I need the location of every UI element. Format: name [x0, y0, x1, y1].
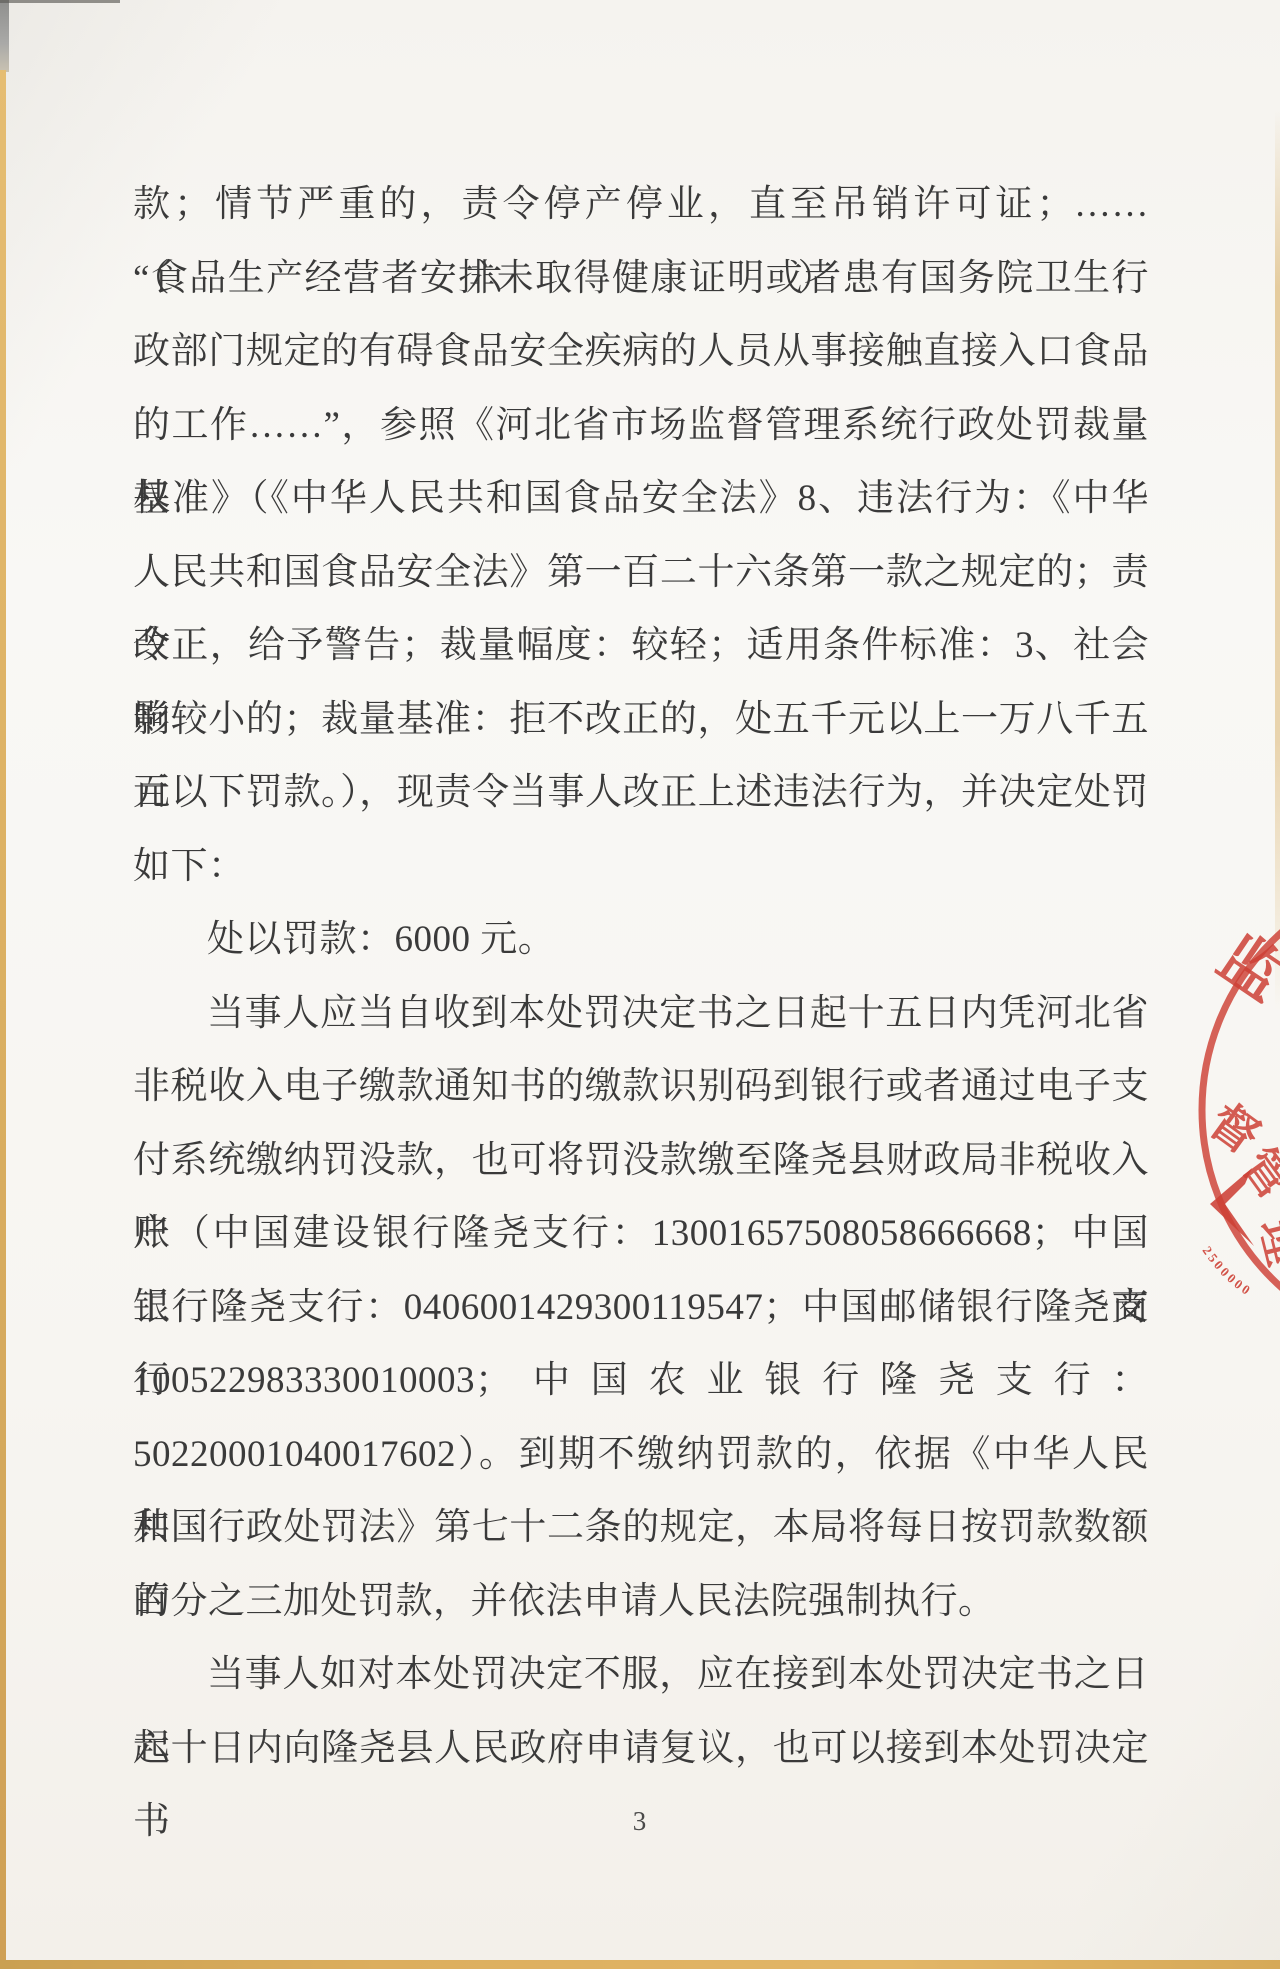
scan-edge-top-line: [0, 0, 120, 3]
text-line: 元以下罚款。），现责令当事人改正上述违法行为，并决定处罚: [133, 756, 1149, 830]
text-line: 付系统缴纳罚没款，也可将罚没款缴至隆尧县财政局非税收入账: [133, 1124, 1149, 1198]
text-line: 银行隆尧支行：0406001429300119547；中国邮储银行隆尧支行：: [133, 1271, 1149, 1345]
text-line: 当事人如对本处罚决定不服，应在接到本处罚决定书之日起: [133, 1638, 1149, 1712]
text-line: 户（中国建设银行隆尧支行：13001657508058666668；中国工商: [133, 1197, 1149, 1271]
page-number: 3: [0, 1806, 1280, 1837]
scan-edge-left: [0, 70, 6, 1969]
text-line: 百分之三加处罚款，并依法申请人民法院强制执行。: [133, 1565, 1149, 1639]
text-line: 六十日内向隆尧县人民政府申请复议，也可以接到本处罚决定书: [133, 1712, 1149, 1786]
text-line: 当事人应当自收到本处罚决定书之日起十五日内凭河北省: [133, 977, 1149, 1051]
scan-edge-top-left: [0, 0, 9, 72]
stamp-char: 监: [1206, 922, 1280, 1014]
text-line: 如下：: [133, 830, 1149, 904]
text-line: 改正，给予警告；裁量幅度：较轻；适用条件标准：3、社会影: [133, 609, 1149, 683]
text-line: 人民共和国食品安全法》第一百二十六条第一款之规定的；责令: [133, 536, 1149, 610]
stamp-serial-digits: 2500000: [1200, 1243, 1256, 1299]
text-line: 的工作……”，参照《河北省市场监督管理系统行政处罚裁量权: [133, 389, 1149, 463]
text-line: 100522983330010003；中国农业银行隆尧支行：: [133, 1344, 1149, 1418]
text-line: 政部门规定的有碍食品安全疾病的人员从事接触直接入口食品: [133, 315, 1149, 389]
stamp-char: 督: [1200, 1095, 1269, 1165]
text-line: 款；情节严重的，责令停产停业，直至吊销许可证；……（六）：: [133, 168, 1149, 242]
text-line: 基准》（《中华人民共和国食品安全法》8、违法行为：《中华: [133, 462, 1149, 536]
text-line: “食品生产经营者安排未取得健康证明或者患有国务院卫生行: [133, 242, 1149, 316]
stamp-star-icon: [1210, 1168, 1254, 1246]
stamp-ring: [1202, 872, 1280, 1344]
scan-edge-right: [1275, 110, 1280, 1010]
stamp-char: 理: [1250, 1214, 1280, 1270]
text-line: 非税收入电子缴款通知书的缴款识别码到银行或者通过电子支: [133, 1050, 1149, 1124]
scan-edge-bottom: [0, 1960, 1280, 1969]
official-seal-stamp: 监 督 管 理 2500000: [1198, 852, 1280, 1344]
document-text-block: 款；情节严重的，责令停产停业，直至吊销许可证；……（六）： “食品生产经营者安排…: [133, 168, 1149, 1785]
stamp-char: 管: [1231, 1140, 1280, 1209]
text-line-fine-amount: 处以罚款：6000 元。: [133, 903, 1149, 977]
scanned-document-page: 款；情节严重的，责令停产停业，直至吊销许可证；……（六）： “食品生产经营者安排…: [0, 0, 1280, 1969]
text-line: 50220001040017602）。到期不缴纳罚款的，依据《中华人民共: [133, 1418, 1149, 1492]
text-line: 响较小的；裁量基准：拒不改正的，处五千元以上一万八千五百: [133, 683, 1149, 757]
text-line: 和国行政处罚法》第七十二条的规定，本局将每日按罚款数额的: [133, 1491, 1149, 1565]
